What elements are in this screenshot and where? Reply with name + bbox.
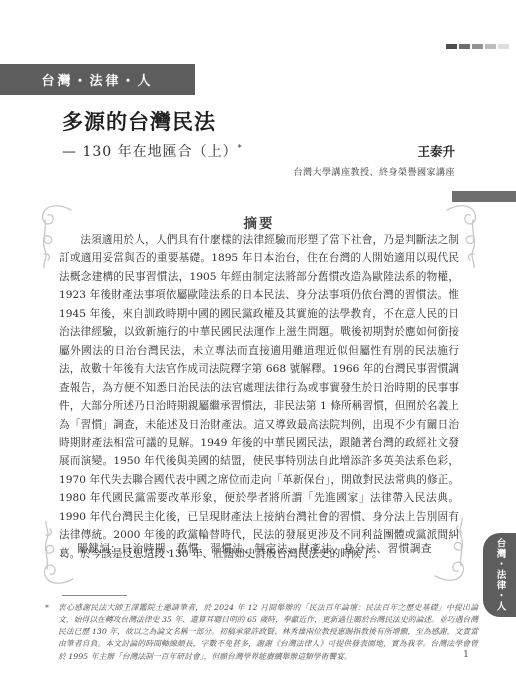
author-name: 王泰升 — [293, 142, 455, 160]
section-bleed-bar — [452, 191, 516, 202]
category-header: 台灣・法律・人 — [0, 64, 195, 95]
keywords-label: 關鍵詞： — [77, 543, 121, 555]
author-affiliation: 台灣大學講座教授、終身榮譽國家講座 — [293, 165, 455, 178]
footnote-divider — [62, 595, 127, 596]
page-number: 1 — [463, 649, 469, 660]
footnote-reference-marker: * — [238, 143, 243, 152]
footnote-marker: * — [45, 602, 58, 663]
color-strip-square — [459, 44, 470, 49]
document-page: 台灣・法律・人 多源的台灣民法 — 130 年在地匯合（上）* 王泰升 台灣大學… — [0, 0, 516, 700]
footnote-text: 衷心感謝民法大師王澤鑑院士邀請筆者，於 2024 年 12 月間舉辦的「民法百年… — [58, 602, 478, 663]
abstract-body: 法須適用於人，人們具有什麼樣的法律經驗而形塑了當下社會，乃是判斷法之制訂或適用妥… — [59, 231, 459, 563]
article-title: 多源的台灣民法 — [62, 106, 216, 136]
color-strip-square — [446, 44, 457, 49]
category-header-label: 台灣・法律・人 — [41, 70, 153, 89]
color-strip-square — [498, 44, 509, 49]
footnote: * 衷心感謝民法大師王澤鑑院士邀請筆者，於 2024 年 12 月間舉辦的「民法… — [45, 602, 478, 663]
section-side-tab-label: 台灣・法律・人 — [493, 538, 507, 612]
article-subtitle: — 130 年在地匯合（上）* — [62, 141, 243, 161]
keywords-list: 日治時期、舊慣、習慣法、制定法、財產法、身分法、習慣調查 — [121, 543, 432, 555]
section-side-tab: 台灣・法律・人 — [483, 533, 516, 617]
keywords-line: 關鍵詞：日治時期、舊慣、習慣法、制定法、財產法、身分法、習慣調查 — [59, 541, 459, 556]
author-block: 王泰升 台灣大學講座教授、終身榮譽國家講座 — [293, 142, 455, 178]
abstract-heading: 摘要 — [40, 212, 478, 232]
article-subtitle-text: — 130 年在地匯合（上） — [62, 144, 238, 160]
color-strip — [446, 44, 509, 49]
color-strip-square — [472, 44, 483, 49]
color-strip-square — [485, 44, 496, 49]
